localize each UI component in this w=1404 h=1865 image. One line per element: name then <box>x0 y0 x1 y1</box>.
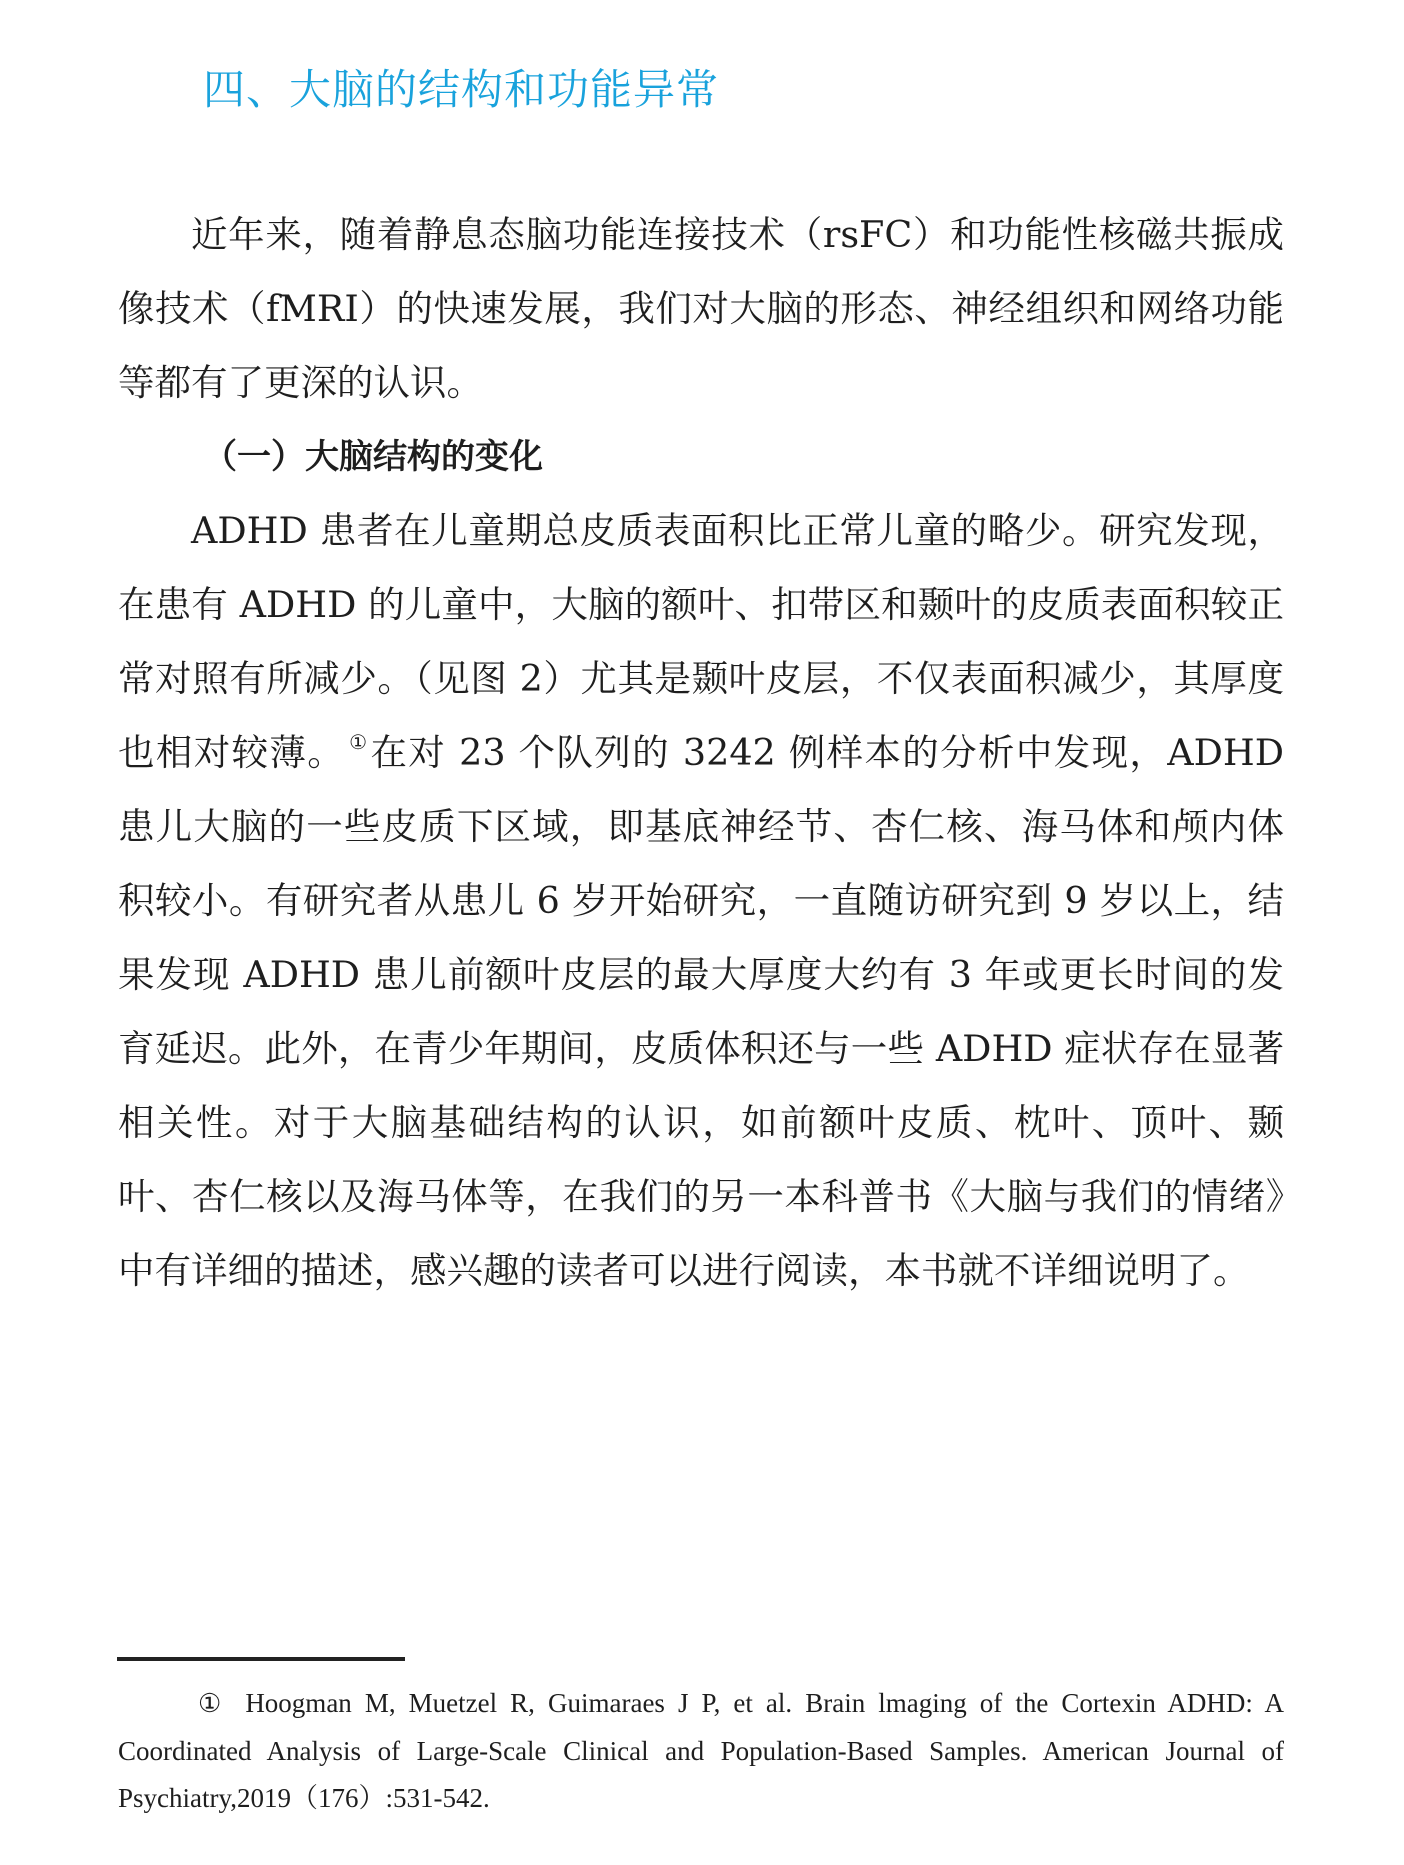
structure-paragraph: ADHD 患者在儿童期总皮质表面积比正常儿童的略少。研究发现，在患有 ADHD … <box>118 494 1284 1308</box>
footnote-number: ① <box>198 1680 221 1728</box>
body-text: 近年来，随着静息态脑功能连接技术（rsFC）和功能性核磁共振成像技术（fMRI）… <box>118 198 1284 1308</box>
paragraph-text-part-2: 在对 23 个队列的 3242 例样本的分析中发现，ADHD 患儿大脑的一些皮质… <box>118 731 1284 1292</box>
footnote-reference-marker[interactable]: ① <box>349 730 368 754</box>
intro-paragraph: 近年来，随着静息态脑功能连接技术（rsFC）和功能性核磁共振成像技术（fMRI）… <box>118 198 1284 420</box>
subheading-brain-structure: （一）大脑结构的变化 <box>118 420 1284 494</box>
footnote-divider <box>117 1657 405 1661</box>
footnote: ①Hoogman M, Muetzel R, Guimaraes J P, et… <box>118 1680 1284 1823</box>
footnote-citation: Hoogman M, Muetzel R, Guimaraes J P, et … <box>118 1688 1284 1813</box>
section-heading: 四、大脑的结构和功能异常 <box>203 62 719 118</box>
